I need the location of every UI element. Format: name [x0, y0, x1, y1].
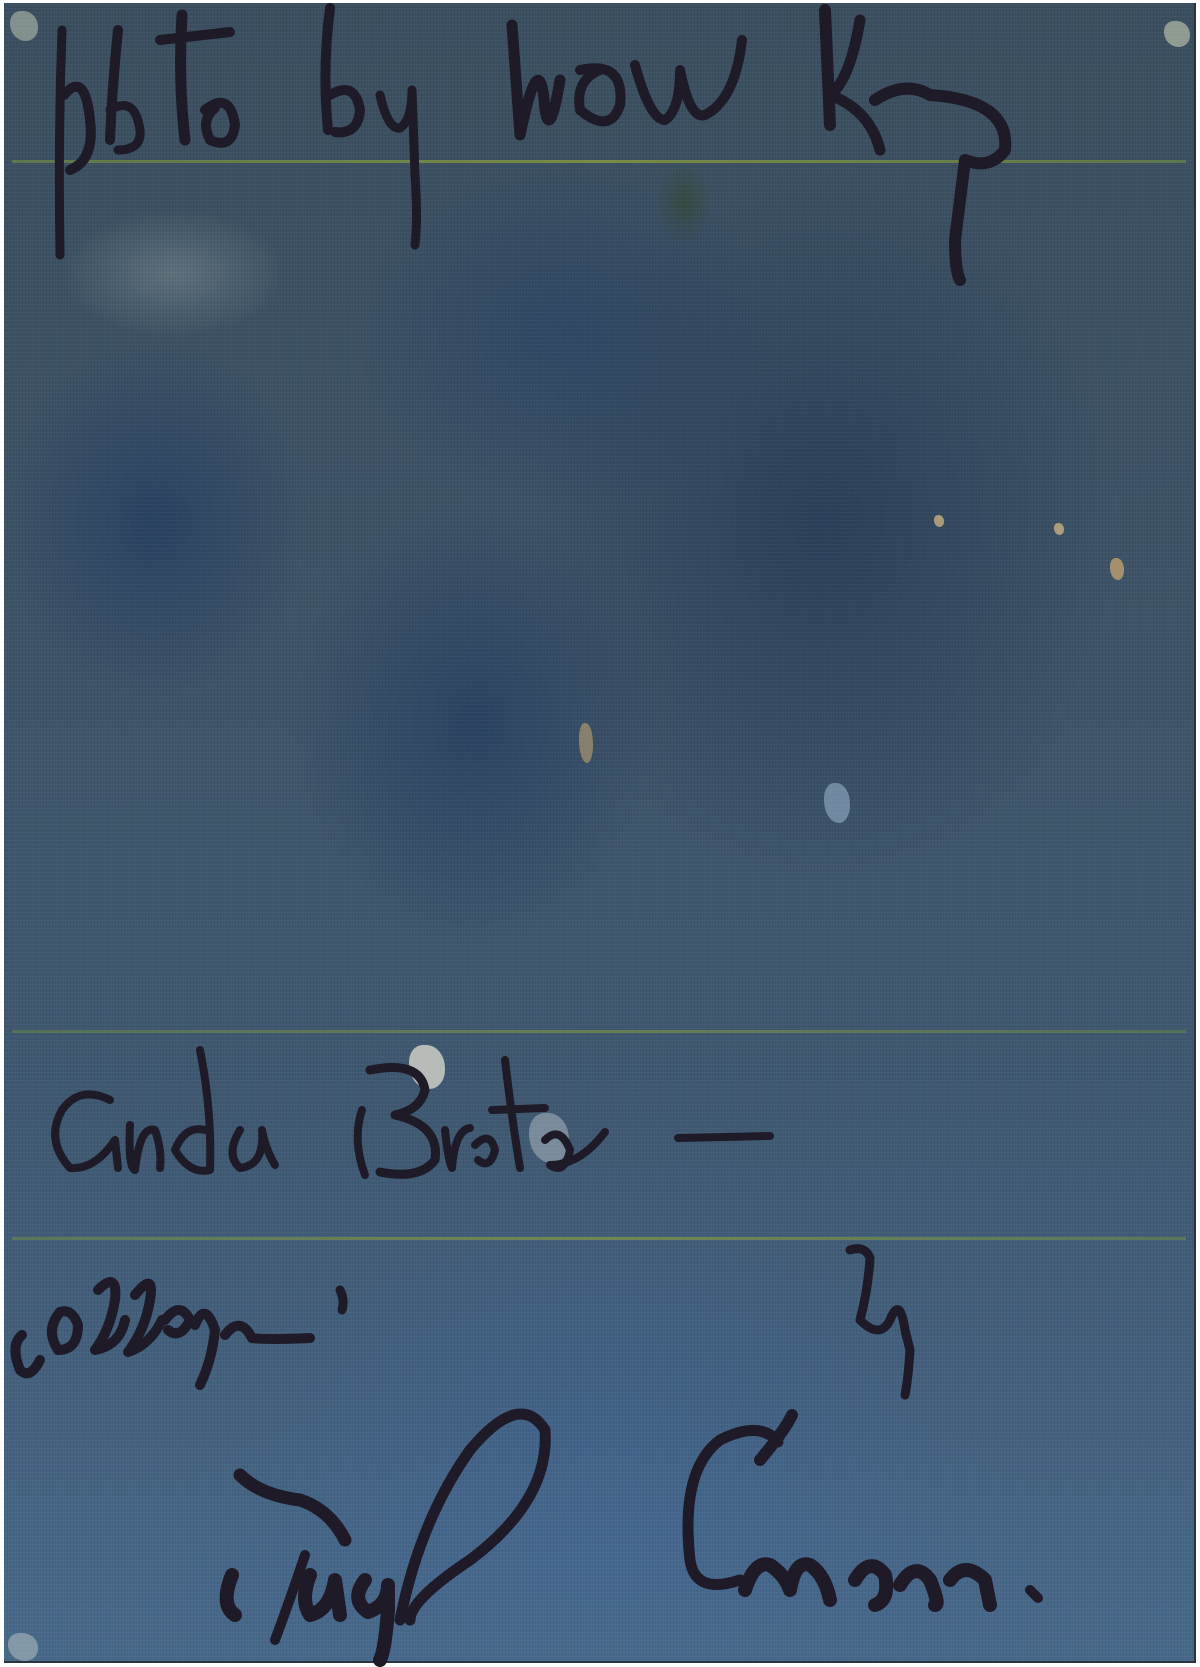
- green-ruled-line-top: [12, 160, 1186, 163]
- foxing-spot: [1054, 523, 1064, 535]
- green-ruled-line-bottom: [12, 1237, 1186, 1240]
- corner-wear: [8, 1633, 38, 1661]
- inscription-line-1: photo by Man Ray: [0, 0, 1, 1]
- foxing-spot: [579, 723, 593, 763]
- foxing-spot: [934, 515, 944, 527]
- green-ruled-line-middle: [12, 1030, 1186, 1033]
- inscription-text-layer: photo by Man Ray André Breton — collage …: [0, 0, 1, 1]
- corner-wear: [10, 11, 38, 41]
- artwork-verso-board: [4, 3, 1196, 1663]
- abrasion-spot: [824, 783, 850, 823]
- foxing-spot: [1110, 558, 1124, 580]
- paper-tear-spot: [409, 1045, 445, 1089]
- paper-texture: [4, 3, 1194, 1661]
- corner-wear: [1164, 21, 1190, 47]
- abrasion-spot: [529, 1113, 569, 1163]
